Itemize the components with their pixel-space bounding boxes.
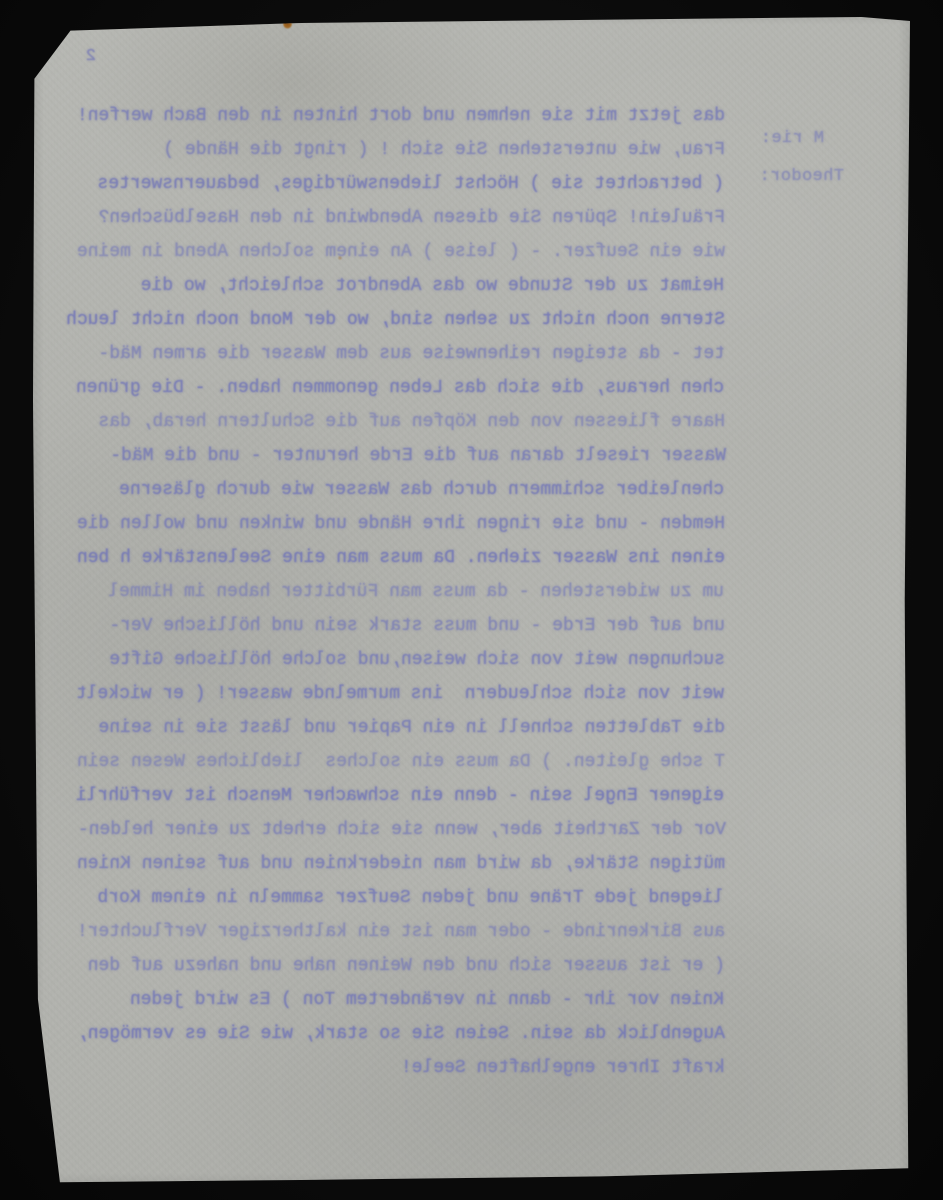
typescript-line: suchungen weit von sich weisen,und solch…	[63, 643, 725, 677]
typescript-line: Vor der Zartheit aber, wenn sie sich erh…	[64, 813, 726, 847]
speaker-label-marie: M rie:	[760, 129, 824, 148]
typescript-line: Hemden - und sie ringen ihre Hände und w…	[63, 507, 725, 541]
scan-background: { "colors":{ "background":"#0c0c0c", "pa…	[0, 0, 943, 1200]
paper-sheet: 2 M rie: Theodor: das jetzt mit sie nehm…	[30, 13, 910, 1187]
speaker-label-theodor: Theodor:	[759, 167, 844, 186]
typescript-line: eigener Engel sein - denn ein schwacher …	[62, 779, 724, 813]
typescript-line: aus Birkenrinde - oder man ist ein kalth…	[63, 915, 725, 949]
typescript-line: das jetzt mit sie nehmen und dort hinten…	[63, 99, 725, 133]
typescript-line: Frau, wie unterstehen Sie sich ! ( ringt…	[63, 133, 725, 167]
page-number: 2	[86, 47, 96, 66]
typescript-line: chenleiber schimmern durch das Wasser wi…	[62, 473, 724, 507]
typescript-line: Wasser rieselt daran auf die Erde herunt…	[64, 439, 726, 473]
typescript-line: liegend jede Träne und jeden Seufzer sam…	[62, 881, 724, 915]
typescript-line: Knien vor ihr - dann in verändertem Ton …	[62, 983, 724, 1017]
typescript-line: mütigen Stärke, da wird man niederknien …	[63, 847, 725, 881]
typescript-line: wie ein Seufzer. - ( leise ) An einem so…	[63, 235, 725, 269]
typescript-line: tet - da steigen reihenweise aus dem Was…	[63, 337, 725, 371]
typescript-line: Fräulein! Spüren Sie diesen Abendwind in…	[63, 201, 725, 235]
typescript-line: Haare fliessen von den Köpfen auf die Sc…	[63, 405, 725, 439]
typescript-line: weit von sich schleudern ins murmelnde w…	[62, 677, 724, 711]
typescript-line: Heimat zu der Stunde wo das Abendrot sch…	[62, 269, 724, 303]
mirrored-typescript-layer: 2 M rie: Theodor: das jetzt mit sie nehm…	[30, 13, 910, 1187]
typescript-line: chen heraus, die sich das Leben genommen…	[62, 371, 724, 405]
typescript-line: um zu widerstehen - da muss man Fürbitte…	[62, 575, 724, 609]
typescript-line: ( betrachtet sie ) Höchst liebenswürdige…	[62, 167, 724, 201]
typescript-line: Sterne noch nicht zu sehen sind, wo der …	[63, 303, 725, 337]
typescript-body: das jetzt mit sie nehmen und dort hinten…	[63, 99, 725, 1085]
typescript-line: die Tabletten schnell in ein Papier und …	[63, 711, 725, 745]
typescript-line: kraft Ihrer engelhaften Seele!	[63, 1051, 725, 1085]
typescript-line: und auf der Erde - und muss stark sein u…	[63, 609, 725, 643]
typescript-line: ( er ist ausser sich und den Weinen nahe…	[63, 949, 725, 983]
typescript-line: Augenblick da sein. Seien Sie so stark, …	[63, 1017, 725, 1051]
typescript-line: einen ins Wasser ziehen. Da muss man ein…	[63, 541, 725, 575]
typescript-line: T sche gleiten. ) Da muss ein solches li…	[63, 745, 725, 779]
